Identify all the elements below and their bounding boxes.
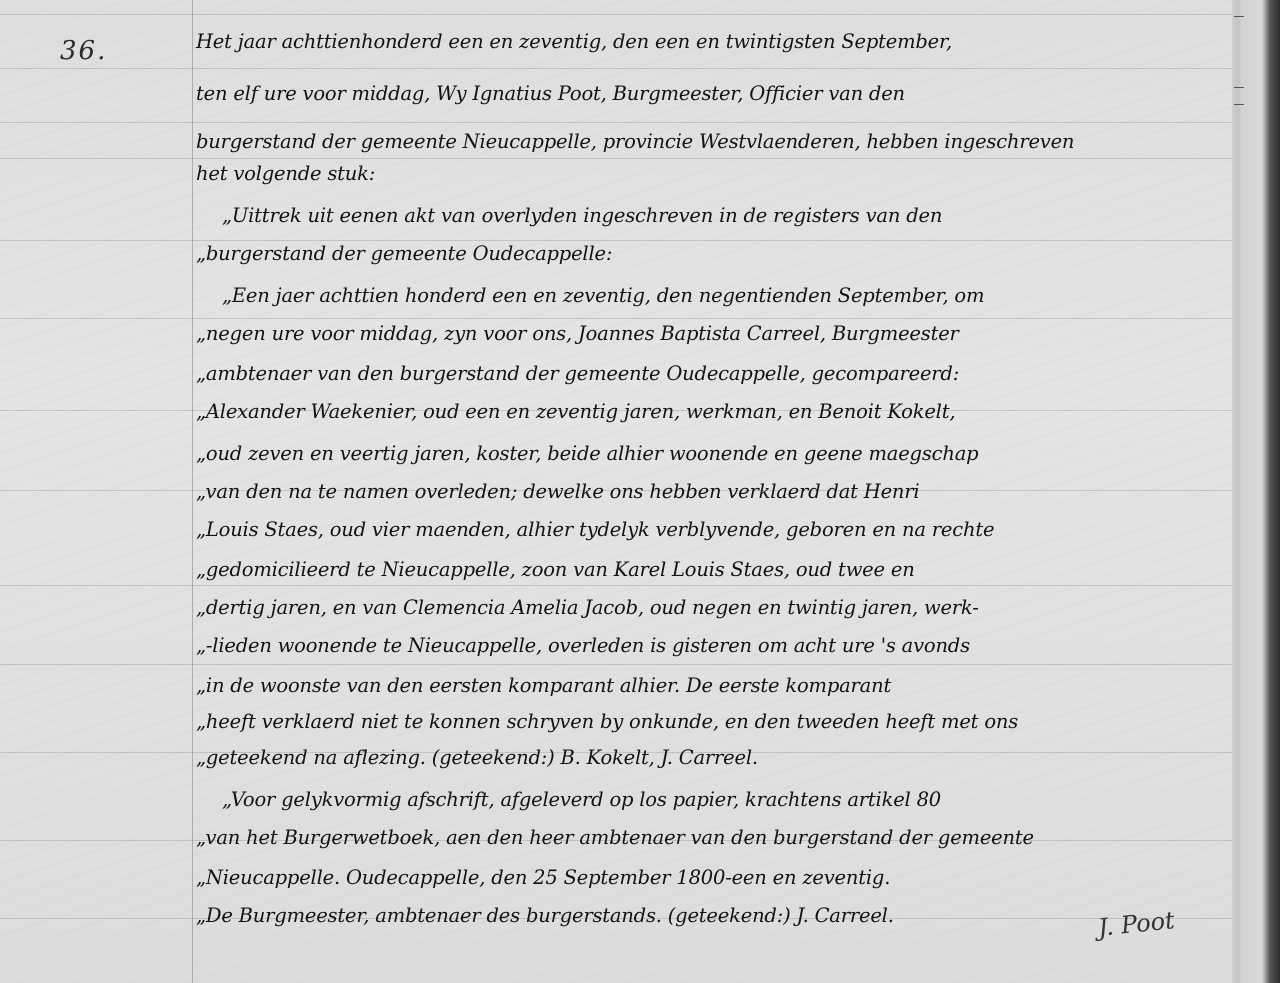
ruled-line	[0, 122, 1232, 123]
text-line: „dertig jaren, en van Clemencia Amelia J…	[196, 596, 979, 632]
text-line: „geteekend na aflezing. (geteekend:) B. …	[196, 746, 758, 782]
entry-number: 36.	[60, 36, 107, 66]
text-line: „-lieden woonende te Nieucappelle, overl…	[196, 634, 970, 670]
text-line: „van den na te namen overleden; dewelke …	[196, 480, 919, 516]
ruled-line	[0, 68, 1232, 69]
text-line: „in de woonste van den eersten komparant…	[196, 674, 891, 710]
text-line: Het jaar achttienhonderd een en zeventig…	[196, 30, 952, 66]
text-line: „De Burgmeester, ambtenaer des burgersta…	[196, 904, 894, 940]
signature: J. Poot	[1097, 906, 1176, 942]
text-line: „Een jaer achttien honderd een en zevent…	[222, 284, 984, 320]
text-line: „negen ure voor middag, zyn voor ons, Jo…	[196, 322, 959, 358]
text-line: „Voor gelykvormig afschrift, afgeleverd …	[222, 788, 941, 824]
text-line: „van het Burgerwetboek, aen den heer amb…	[196, 826, 1034, 862]
text-line: burgerstand der gemeente Nieucappelle, p…	[196, 130, 1074, 166]
edge-tick	[1234, 104, 1244, 105]
text-line: ten elf ure voor middag, Wy Ignatius Poo…	[196, 82, 905, 118]
edge-tick	[1234, 87, 1244, 88]
ruled-line	[0, 240, 1232, 241]
ruled-line	[0, 14, 1232, 15]
scanned-register-page: 36. Het jaar achttienhonderd een en zeve…	[0, 0, 1280, 983]
margin-line	[192, 0, 193, 983]
text-line: „Nieucappelle. Oudecappelle, den 25 Sept…	[196, 866, 890, 902]
text-line: „Louis Staes, oud vier maenden, alhier t…	[196, 518, 994, 554]
text-line: „oud zeven en veertig jaren, koster, bei…	[196, 442, 978, 478]
text-line: het volgende stuk:	[196, 162, 375, 198]
text-line: „Alexander Waekenier, oud een en zeventi…	[196, 400, 955, 436]
text-line: „ambtenaer van den burgerstand der gemee…	[196, 362, 959, 398]
text-line: „heeft verklaerd niet te konnen schryven…	[196, 710, 1018, 746]
binding-edge	[1232, 0, 1280, 983]
text-line: „gedomicilieerd te Nieucappelle, zoon va…	[196, 558, 915, 594]
text-line: „Uittrek uit eenen akt van overlyden ing…	[222, 204, 942, 240]
edge-tick	[1234, 16, 1244, 17]
text-line: „burgerstand der gemeente Oudecappelle:	[196, 242, 612, 278]
